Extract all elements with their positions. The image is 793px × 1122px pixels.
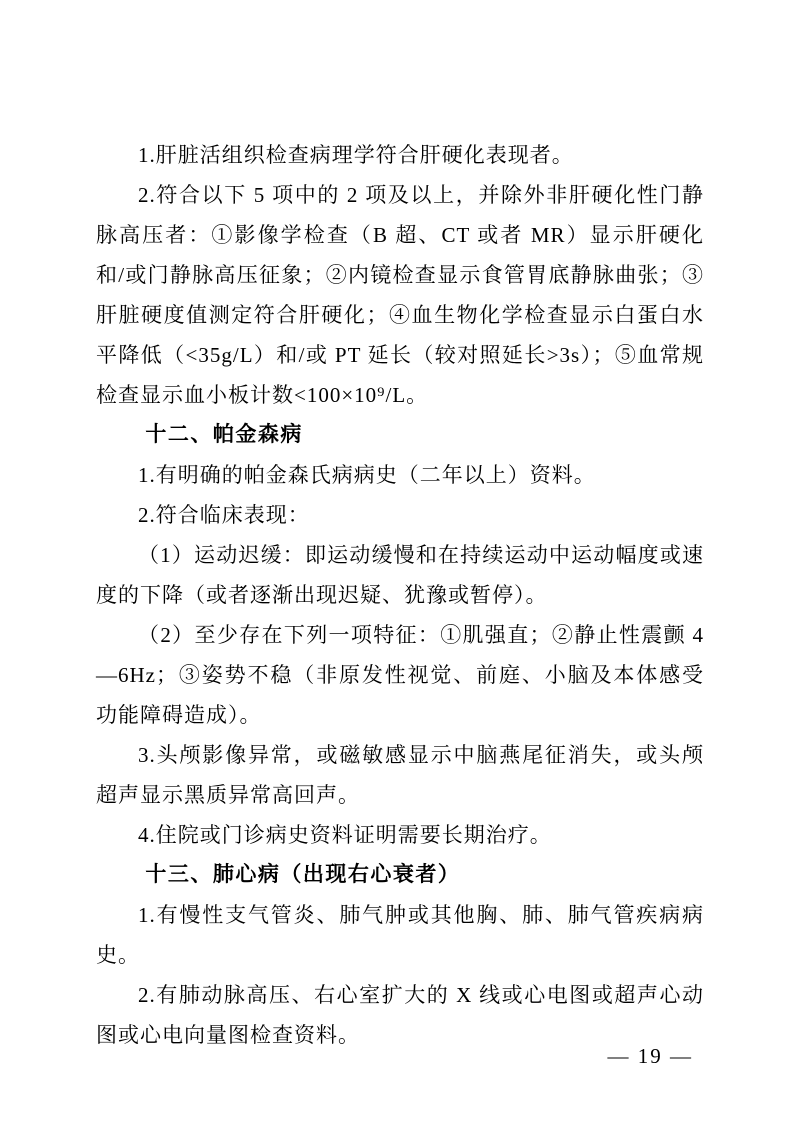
document-page: 1.肝脏活组织检查病理学符合肝硬化表现者。 2.符合以下 5 项中的 2 项及以… [0, 0, 793, 1122]
paragraph-parkinson-history: 1.有明确的帕金森氏病病史（二年以上）资料。 [96, 455, 704, 495]
section-heading-parkinson: 十二、帕金森病 [96, 415, 704, 455]
paragraph-clinical-intro: 2.符合临床表现： [96, 495, 704, 535]
paragraph-imaging: 3.头颅影像异常，或磁敏感显示中脑燕尾征消失，或头颅超声显示黑质异常高回声。 [96, 735, 704, 815]
paragraph-features: （2）至少存在下列一项特征：①肌强直；②静止性震颤 4—6Hz；③姿势不稳（非原… [96, 615, 704, 735]
paragraph-treatment: 4.住院或门诊病史资料证明需要长期治疗。 [96, 815, 704, 855]
paragraph-liver-criteria: 2.符合以下 5 项中的 2 项及以上，并除外非肝硬化性门静脉高压者：①影像学检… [96, 175, 704, 415]
paragraph-liver-biopsy: 1.肝脏活组织检查病理学符合肝硬化表现者。 [96, 135, 704, 175]
section-heading-cor-pulmonale: 十三、肺心病（出现右心衰者） [96, 855, 704, 895]
paragraph-bradykinesia: （1）运动迟缓：即运动缓慢和在持续运动中运动幅度或速度的下降（或者逐渐出现迟疑、… [96, 535, 704, 615]
paragraph-bronchitis-history: 1.有慢性支气管炎、肺气肿或其他胸、肺、肺气管疾病病史。 [96, 895, 704, 975]
page-number: — 19 — [608, 1041, 694, 1071]
document-body: 1.肝脏活组织检查病理学符合肝硬化表现者。 2.符合以下 5 项中的 2 项及以… [96, 135, 704, 1055]
